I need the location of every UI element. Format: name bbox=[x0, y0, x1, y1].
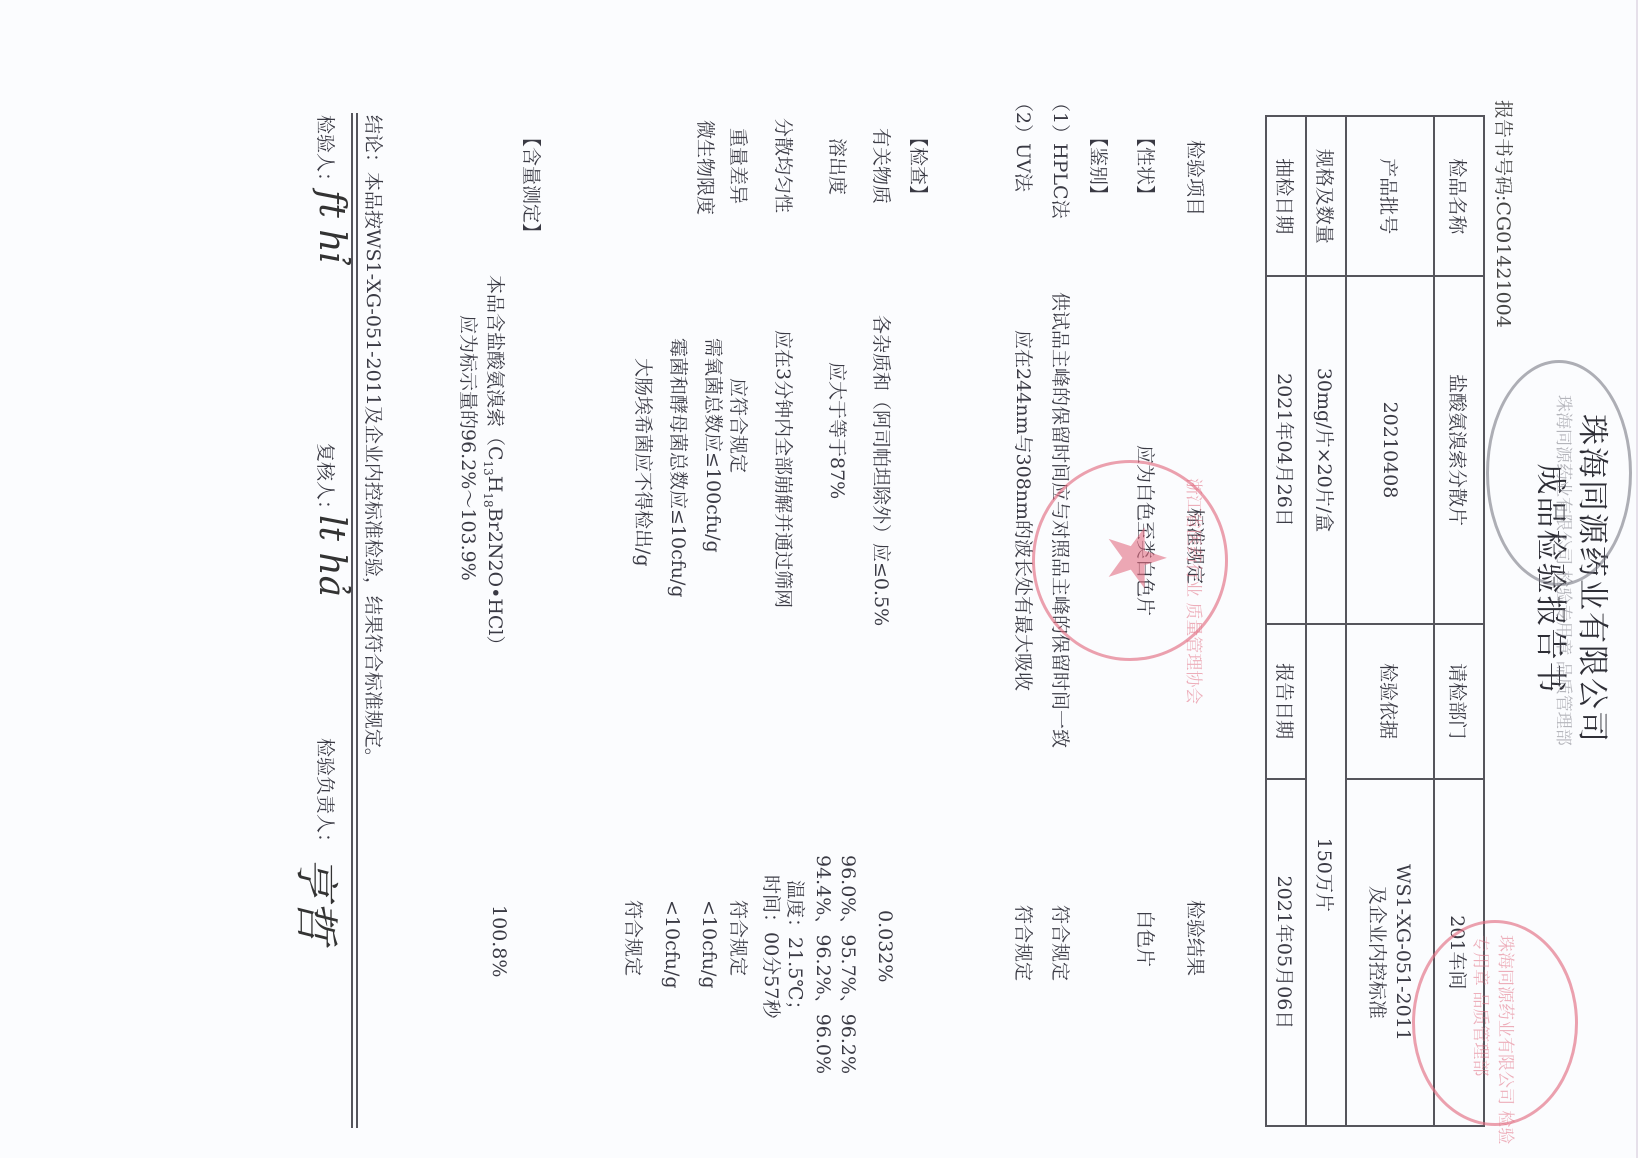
reviewer-signature: lt hả bbox=[311, 515, 352, 597]
dispersion-item: 分散均匀性 bbox=[771, 118, 798, 213]
spec: 30mg/片×20片/盒 bbox=[1306, 276, 1346, 623]
formula-h-count: 18 bbox=[481, 492, 495, 507]
microbe-item: 微生物限度 bbox=[693, 120, 720, 215]
microbe-result-3: 符合规定 bbox=[621, 900, 648, 976]
dissolution-item: 溶出度 bbox=[825, 138, 852, 195]
supervisor-label: 检验负责人： bbox=[313, 738, 340, 852]
basis-line-1: WS1-XG-051-2011 bbox=[1393, 786, 1415, 1119]
dispersion-result-1: 温度：21.5℃； bbox=[783, 880, 810, 1020]
conclusion-rule-top bbox=[356, 113, 358, 1128]
dispersion-standard: 应在3分钟内全部崩解并通过筛网 bbox=[771, 330, 798, 608]
assay-standard-2: 应为标示量的96.2%～103.9% bbox=[456, 315, 483, 581]
formula-h: H bbox=[484, 476, 506, 493]
section-tests: 【检查】 bbox=[906, 128, 933, 204]
inspector-label: 检验人： bbox=[313, 115, 340, 191]
assay-text: 本品含盐酸氨溴索（C bbox=[484, 275, 506, 461]
spec-label: 规格及数量 bbox=[1306, 116, 1346, 276]
reviewer-label: 复核人： bbox=[313, 443, 340, 519]
basis-line-2: 及企业内控标准 bbox=[1366, 786, 1393, 1119]
uv-result: 符合规定 bbox=[1011, 905, 1038, 981]
inspection-seal-text: 珠海同源药业有限公司 检验专用章 品质管理部 bbox=[1470, 935, 1520, 1158]
dissolution-standard: 应大于等于87% bbox=[825, 362, 852, 499]
basis: WS1-XG-051-2011 及企业内控标准 bbox=[1346, 779, 1434, 1126]
requesting-dept-label: 请检部门 bbox=[1434, 624, 1484, 779]
inspection-report-page: 珠海同源药业有限公司 成品检验报告书 报告书号码:CG01421004 检品名称… bbox=[0, 0, 1638, 1158]
company-seal-gray-text: 珠海同源药业有限公司 检验专用章 品质管理部 bbox=[1553, 395, 1578, 746]
assay-standard-1: 本品含盐酸氨溴索（C13H18Br2N2O•HCl） bbox=[481, 275, 510, 655]
inspector-signature: ft hỉ bbox=[311, 190, 352, 264]
quantity: 150万片 bbox=[1306, 624, 1346, 1127]
report-number-value: CG01421004 bbox=[1492, 201, 1514, 327]
microbe-standard-3: 大肠埃希菌应不得检出/g bbox=[631, 358, 658, 567]
microbe-result-2: <10cfu/g bbox=[661, 900, 683, 989]
supervisor-signature: 亨哲 bbox=[288, 855, 352, 943]
conclusion-rule bbox=[351, 113, 353, 1128]
related-result: 0.032% bbox=[874, 910, 896, 982]
related-item: 有关物质 bbox=[869, 128, 896, 204]
section-appearance: 【性状】 bbox=[1133, 128, 1160, 204]
sample-date-label: 抽检日期 bbox=[1266, 116, 1306, 276]
hplc-result: 符合规定 bbox=[1048, 905, 1075, 981]
report-number-label: 报告书号码: bbox=[1492, 100, 1514, 201]
microbe-standard-2: 霉菌和酵母菌总数应≤10cfu/g bbox=[666, 338, 693, 598]
microbe-result-1: <10cfu/g bbox=[698, 900, 720, 989]
product-name: 盐酸氨溴索分散片 bbox=[1434, 276, 1484, 623]
dispersion-result-2: 时间：00分57秒 bbox=[759, 875, 786, 1018]
report-date: 2021年05月06日 bbox=[1266, 779, 1306, 1126]
dissolution-result-2: 94.4%、96.2%、96.0% bbox=[811, 855, 838, 1074]
hplc-item: （1）HPLC法 bbox=[1048, 93, 1075, 219]
batch-label: 产品批号 bbox=[1346, 116, 1434, 276]
uv-item: （2）UV法 bbox=[1011, 93, 1038, 192]
batch-number: 20210408 bbox=[1346, 276, 1434, 623]
formula-c: 13 bbox=[481, 461, 495, 476]
section-identification: 【鉴别】 bbox=[1086, 128, 1113, 204]
star-icon: ★ bbox=[1096, 522, 1176, 594]
assay-result: 100.8% bbox=[488, 905, 510, 977]
related-standard: 各杂质和（阿司帕坦除外）应≤0.5% bbox=[869, 315, 896, 626]
microbe-standard-1: 需氧菌总数应≤100cfu/g bbox=[701, 338, 728, 553]
weight-standard: 应符合规定 bbox=[726, 378, 753, 473]
sample-date: 2021年04月26日 bbox=[1266, 276, 1306, 623]
formula-rest: Br2N2O•HCl） bbox=[484, 508, 506, 655]
association-seal-text: 浙江省医药行业 质量管理协会 bbox=[1183, 478, 1208, 704]
col-result: 检验结果 bbox=[1183, 900, 1210, 976]
uv-standard: 应在244nm与308nm的波长处有最大吸收 bbox=[1011, 330, 1038, 691]
section-assay: 【含量测定】 bbox=[519, 128, 546, 242]
conclusion: 结论：本品按WS1-XG-051-2011及企业内控标准检验，结果符合标准规定。 bbox=[361, 115, 388, 767]
weight-item: 重量差异 bbox=[726, 128, 753, 204]
weight-result: 符合规定 bbox=[726, 900, 753, 976]
report-date-label: 报告日期 bbox=[1266, 624, 1306, 779]
col-item: 检验项目 bbox=[1183, 140, 1210, 216]
appearance-result: 白色片 bbox=[1133, 910, 1160, 967]
report-number: 报告书号码:CG01421004 bbox=[1491, 100, 1518, 328]
product-name-label: 检品名称 bbox=[1434, 116, 1484, 276]
basis-label: 检验依据 bbox=[1346, 624, 1434, 779]
dissolution-result-1: 96.0%、95.7%、96.2% bbox=[836, 855, 863, 1074]
